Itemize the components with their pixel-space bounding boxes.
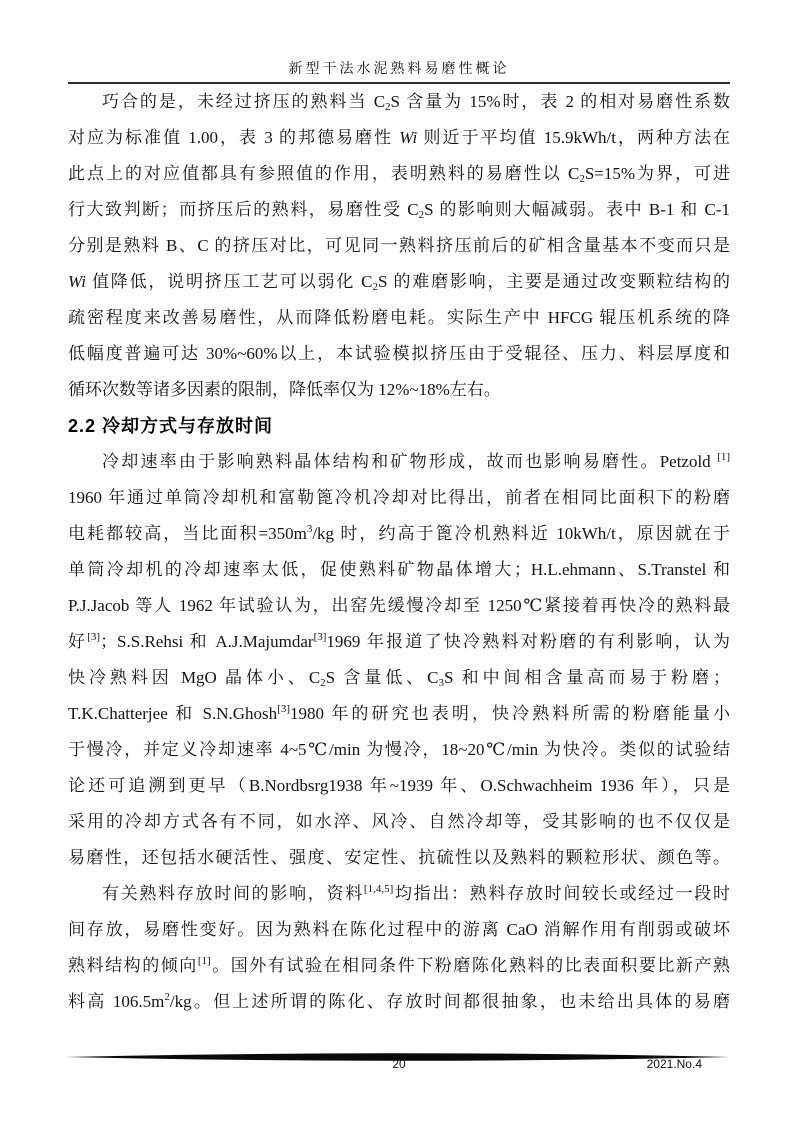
text-line: 间存放，易磨性变好。因为熟料在陈化过程中的游离 CaO 消解作用有削弱或破坏 <box>68 912 730 948</box>
text-line: 1960 年通过单筒冷却机和富勒篦冷机冷却对比得出，前者在相同比面积下的粉磨 <box>68 480 730 516</box>
text-line: 巧合的是，未经过挤压的熟料当 C2S 含量为 15%时，表 2 的相对易磨性系数 <box>68 84 730 120</box>
text-line: 单筒冷却机的冷却速率太低，促使熟料矿物晶体增大；H.L.ehmann、S.Tra… <box>68 552 730 588</box>
text-line: 疏密程度来改善易磨性，从而降低粉磨电耗。实际生产中 HFCG 辊压机系统的降 <box>68 300 730 336</box>
text-line: 电耗都较高，当比面积=350m3/kg 时，约高于篦冷机熟料近 10kWh/t，… <box>68 516 730 552</box>
page-number: 20 <box>68 1057 730 1071</box>
text-line: 有关熟料存放时间的影响，资料[1,4,5]均指出：熟料存放时间较长或经过一段时 <box>68 876 730 912</box>
paragraph: 有关熟料存放时间的影响，资料[1,4,5]均指出：熟料存放时间较长或经过一段时间… <box>68 876 730 1020</box>
text-line: 循环次数等诸多因素的限制，降低率仅为 12%~18%左右。 <box>68 372 730 408</box>
page-footer: 20 2021.No.4 <box>68 1057 730 1075</box>
text-line: 低幅度普遍可达 30%~60%以上，本试验模拟挤压由于受辊径、压力、料层厚度和 <box>68 336 730 372</box>
page-header: 新型干法水泥熟料易磨性概论 <box>68 0 730 82</box>
text-line: 论还可追溯到更早（B.Nordbsrg1938 年~1939 年、O.Schwa… <box>68 768 730 804</box>
text-line: 好[3]；S.S.Rehsi 和 A.J.Majumdar[3]1969 年报道… <box>68 624 730 660</box>
journal-issue: 2021.No.4 <box>647 1057 702 1071</box>
text-line: 快冷熟料因 MgO 晶体小、C2S 含量低、C3S 和中间相含量高而易于粉磨； <box>68 660 730 696</box>
paragraph: 冷却速率由于影响熟料晶体结构和矿物形成，故而也影响易磨性。Petzold [1]… <box>68 444 730 876</box>
text-line: 行大致判断；而挤压后的熟料，易磨性受 C2S 的影响则大幅减弱。表中 B-1 和… <box>68 192 730 228</box>
document-page: 新型干法水泥熟料易磨性概论 巧合的是，未经过挤压的熟料当 C2S 含量为 15%… <box>0 0 793 1122</box>
text-line: 冷却速率由于影响熟料晶体结构和矿物形成，故而也影响易磨性。Petzold [1] <box>68 444 730 480</box>
footer-divider-bar <box>66 1048 730 1056</box>
text-line: P.J.Jacob 等人 1962 年试验认为，出窑先缓慢冷却至 1250℃紧接… <box>68 588 730 624</box>
text-line: 于慢冷，并定义冷却速率 4~5℃/min 为慢冷，18~20℃/min 为快冷。… <box>68 732 730 768</box>
text-line: 料高 106.5m2/kg。但上述所谓的陈化、存放时间都很抽象，也未给出具体的易… <box>68 984 730 1020</box>
section-heading: 2.2 冷却方式与存放时间 <box>68 408 730 444</box>
paragraph: 巧合的是，未经过挤压的熟料当 C2S 含量为 15%时，表 2 的相对易磨性系数… <box>68 84 730 408</box>
text-line: 采用的冷却方式各有不同，如水淬、风冷、自然冷却等，受其影响的也不仅仅是 <box>68 804 730 840</box>
text-line: 熟料结构的倾向[1]。国外有试验在相同条件下粉磨陈化熟料的比表面积要比新产熟 <box>68 948 730 984</box>
text-line: 分别是熟料 B、C 的挤压对比，可见同一熟料挤压前后的矿相含量基本不变而只是 <box>68 228 730 264</box>
running-title: 新型干法水泥熟料易磨性概论 <box>289 58 510 82</box>
text-line: Wi 值降低，说明挤压工艺可以弱化 C2S 的难磨影响，主要是通过改变颗粒结构的 <box>68 264 730 300</box>
text-line: 易磨性，还包括水硬活性、强度、安定性、抗硫性以及熟料的颗粒形状、颜色等。 <box>68 840 730 876</box>
text-line: T.K.Chatterjee 和 S.N.Ghosh[3]1980 年的研究也表… <box>68 696 730 732</box>
body-content: 巧合的是，未经过挤压的熟料当 C2S 含量为 15%时，表 2 的相对易磨性系数… <box>68 84 730 1020</box>
text-line: 此点上的对应值都具有参照值的作用，表明熟料的易磨性以 C2S=15%为界，可进 <box>68 156 730 192</box>
text-line: 对应为标准值 1.00，表 3 的邦德易磨性 Wi 则近于平均值 15.9kWh… <box>68 120 730 156</box>
